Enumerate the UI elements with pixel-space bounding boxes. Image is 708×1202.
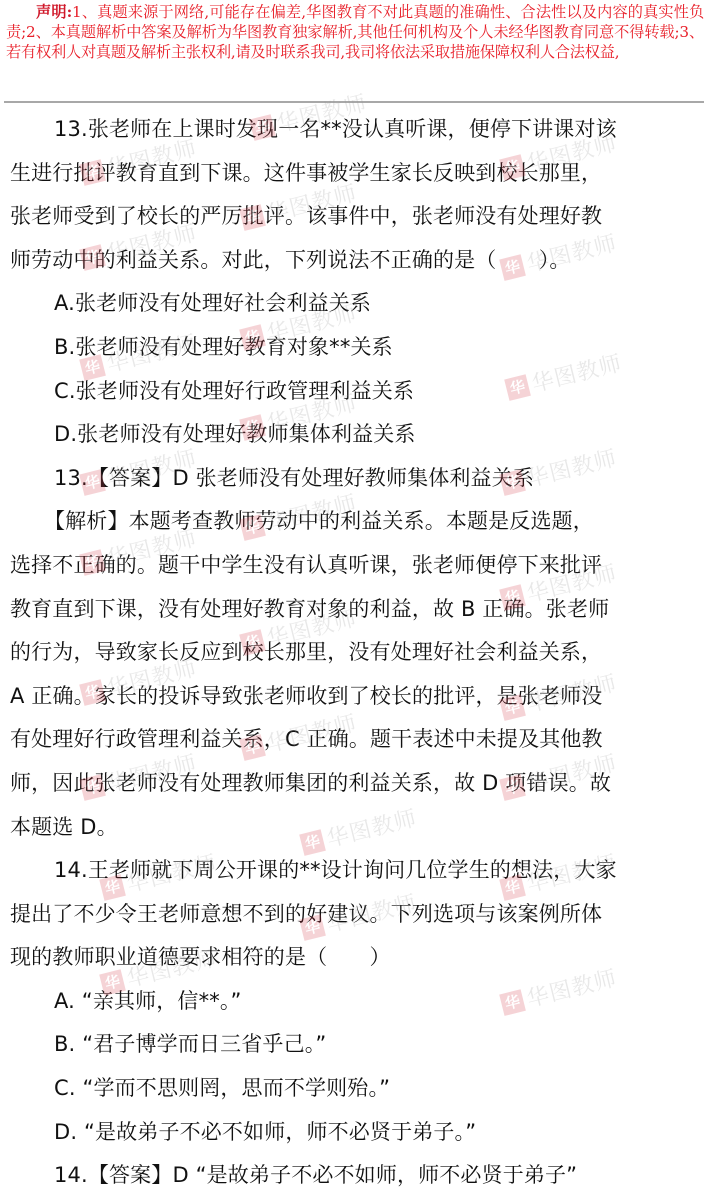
q13-option-a: A.张老师没有处理好社会利益关系 [10,282,704,326]
q13-option-d: D.张老师没有处理好教师集体利益关系 [10,413,704,457]
q13-analysis-line: 师，因此张老师没有处理教师集团的利益关系，故 D 项错误。故 [10,762,704,806]
q14-answer: 14.【答案】D “是故弟子不必不如师，师不必贤于弟子” [10,1154,704,1198]
q14-option-a: A. “亲其师，信**。” [10,980,704,1024]
disclaimer: 声明:1、真题来源于网络,可能存在偏差,华图教育不对此真题的准确性、合法性以及内… [6,2,704,62]
q14-option-d: D. “是故弟子不必不如师，师不必贤于弟子。” [10,1111,704,1155]
q13-analysis-line: 的行为，导致家长反应到校长那里，没有处理好社会利益关系， [10,631,704,675]
q13-analysis-line: A 正确。家长的投诉导致张老师收到了校长的批评，是张老师没 [10,675,704,719]
q13-analysis-line: 【解析】本题考查教师劳动中的利益关系。本题是反选题， [10,500,704,544]
q13-analysis-line: 教育直到下课，没有处理好教育对象的利益，故 B 正确。张老师 [10,588,704,632]
q14-option-b: B. “君子博学而日三省乎己。” [10,1023,704,1067]
disclaimer-lead: 声明: [36,3,72,21]
disclaimer-text: 1、真题来源于网络,可能存在偏差,华图教育不对此真题的准确性、合法性以及内容的真… [6,3,704,61]
question-13: 13.张老师在上课时发现一名**没认真听课，便停下讲课对该 生进行批评教育直到下… [10,108,704,849]
q13-analysis-line: 本题选 D。 [10,806,704,850]
header-divider [4,101,704,103]
question-14: 14.王老师就下周公开课的**设计询问几位学生的想法，大家 提出了不少令王老师意… [10,849,704,1198]
q13-option-c: C.张老师没有处理好行政管理利益关系 [10,370,704,414]
document-body: 13.张老师在上课时发现一名**没认真听课，便停下讲课对该 生进行批评教育直到下… [10,108,704,1198]
q14-option-c: C. “学而不思则罔，思而不学则殆。” [10,1067,704,1111]
q13-stem-line: 生进行批评教育直到下课。这件事被学生家长反映到校长那里， [10,152,704,196]
q13-stem-line: 13.张老师在上课时发现一名**没认真听课，便停下讲课对该 [10,108,704,152]
q13-stem-line: 张老师受到了校长的严厉批评。该事件中，张老师没有处理好教 [10,195,704,239]
q13-stem-line: 师劳动中的利益关系。对此，下列说法不正确的是（ ）。 [10,239,704,283]
q13-analysis-line: 有处理好行政管理利益关系，C 正确。题干表述中未提及其他教 [10,718,704,762]
q14-stem-line: 提出了不少令王老师意想不到的好建议。下列选项与该案例所体 [10,893,704,937]
q13-option-b: B.张老师没有处理好教育对象**关系 [10,326,704,370]
q13-answer: 13.【答案】D 张老师没有处理好教师集体利益关系 [10,457,704,501]
q13-analysis-line: 选择不正确的。题干中学生没有认真听课，张老师便停下来批评 [10,544,704,588]
q14-stem-line: 14.王老师就下周公开课的**设计询问几位学生的想法，大家 [10,849,704,893]
q14-stem-line: 现的教师职业道德要求相符的是（ ） [10,936,704,980]
